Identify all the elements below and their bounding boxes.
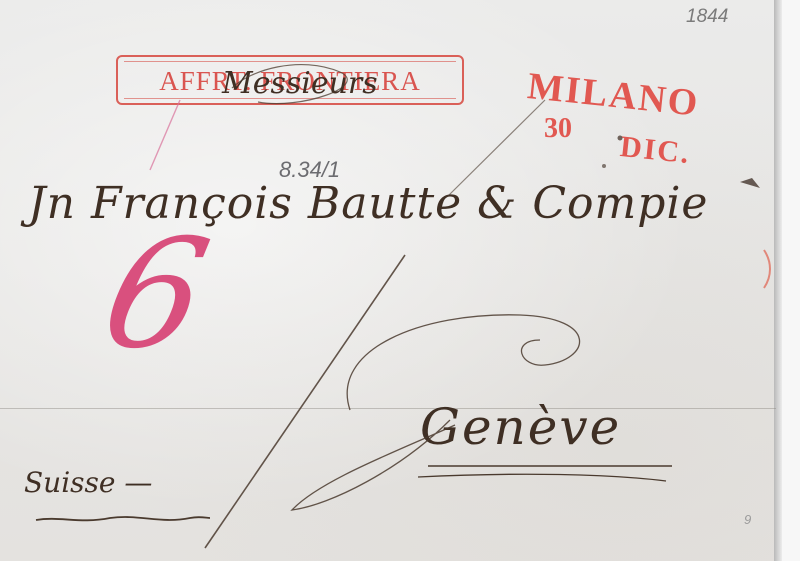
- scan-backdrop: [782, 0, 800, 561]
- corner-pencil-note: 9: [744, 512, 751, 527]
- postmark-day: 30: [544, 113, 572, 145]
- destination-city: Genève: [420, 398, 621, 456]
- fold-line: [0, 408, 776, 409]
- addressee-name: Jn François Bautte & Compie: [28, 178, 708, 229]
- destination-country: Suisse —: [24, 466, 152, 499]
- paper-edge-shadow: [774, 0, 782, 561]
- year-note: 1844: [686, 6, 728, 28]
- salutation-text: Messieurs: [222, 66, 378, 101]
- postmark-month: DIC.: [618, 130, 692, 171]
